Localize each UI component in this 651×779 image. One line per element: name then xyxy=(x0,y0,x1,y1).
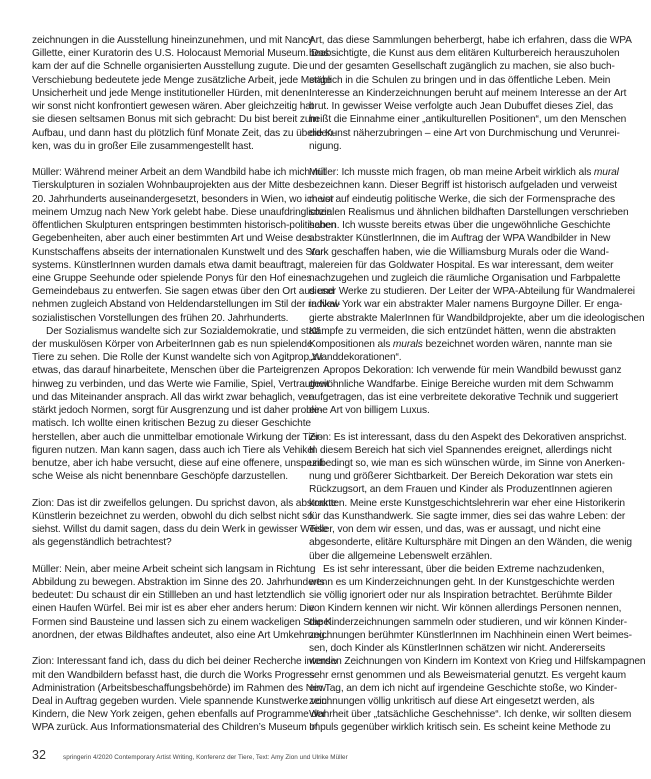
text-line: Formen sind Bausteine und lassen sich zu… xyxy=(32,616,310,629)
text-line: meinem Umzug nach New York gelebt habe. … xyxy=(32,206,310,219)
text-line: nung und größerer Sichtbarkeit. Der Bere… xyxy=(309,470,589,483)
text-line: Künstlerin bezeichnet zu werden, obwohl … xyxy=(32,510,310,523)
text-line: beabsichtigte, die Kunst aus dem elitäre… xyxy=(309,47,589,60)
text-line: nigung. xyxy=(309,140,589,153)
text-line: gewöhnliche Wandfarbe. Einige Bereiche w… xyxy=(309,378,589,391)
text-line: in New York war ein abstrakter Maler nam… xyxy=(309,298,589,311)
text-line: mit den Wandbildern befasst hast, die du… xyxy=(32,669,310,682)
text-line: einen Haufen Würfel. Bei mir ist es aber… xyxy=(32,602,310,615)
paragraph: Müller: Nein, aber meine Arbeit scheint … xyxy=(32,563,310,642)
text-line: Tiere zu sehen. Die Rolle der Kunst wand… xyxy=(32,351,310,364)
text-line: etwas, das darauf hinarbeitete, Menschen… xyxy=(32,364,310,377)
left-column: zeichnungen in die Ausstellung hineinzun… xyxy=(32,34,310,735)
text-line: hinweg zu verbinden, und das Werte wie F… xyxy=(32,378,310,391)
text-line: Es ist sehr interessant, über die beiden… xyxy=(309,563,589,576)
text-line: Müller: Ich musste mich fragen, ob man m… xyxy=(309,166,589,179)
text-line: Wahrheit über „tatsächliche Geschehnisse… xyxy=(309,708,589,721)
text-line: Art, das diese Sammlungen beherbergt, ha… xyxy=(309,34,589,47)
text-line: unbedingt so, wie man es sich wünschen w… xyxy=(309,457,589,470)
paragraph-gap xyxy=(32,483,310,496)
text-line: nachzugehen und zugleich die räumliche O… xyxy=(309,272,589,285)
paragraph-gap xyxy=(32,550,310,563)
text-line: und der gesamten Gesellschaft zugänglich… xyxy=(309,60,589,73)
text-line: zeichnungen berühmter KünstlerInnen im N… xyxy=(309,629,589,642)
text-line: sche Weise als nicht benennbare Geschöpf… xyxy=(32,470,310,483)
text-line: malereien für das Goldwater Hospital. Es… xyxy=(309,259,589,272)
paragraph: Zion: Es ist interessant, dass du den As… xyxy=(309,431,589,563)
text-line: eine Gruppe Seehunde oder spielende Pony… xyxy=(32,272,310,285)
text-line: Der Sozialismus wandelte sich zur Sozial… xyxy=(32,325,310,338)
text-line: der muskulösen Körper von ArbeiterInnen … xyxy=(32,338,310,351)
text-line: Interesse an Kinderzeichnungen beruht au… xyxy=(309,87,589,100)
text-line: Kindern, die New York zeigen, gehen eben… xyxy=(32,708,310,721)
paragraph-gap xyxy=(32,153,310,166)
text-line: ken, was du in großer Eile zusammengeste… xyxy=(32,140,310,153)
text-line: systems. KünstlerInnen wurden damals etw… xyxy=(32,259,310,272)
text-line: als gegenständlich betrachtest? xyxy=(32,536,310,549)
text-line: Verschiebung bedeutete jede Menge zusätz… xyxy=(32,74,310,87)
text-line: Abbildung zu bewegen. Abstraktion im Sin… xyxy=(32,576,310,589)
text-line: sie völlig ignoriert oder nur als Inspir… xyxy=(309,589,589,602)
text-line: Gemeindebaus zu entwerfen. Sie sagen etw… xyxy=(32,285,310,298)
text-line: abstrakter KünstlerInnen, die im Auftrag… xyxy=(309,232,589,245)
text-line: und das Miteinander ansprach. All das wi… xyxy=(32,391,310,404)
text-line: die Kunst näherzubringen – eine Art von … xyxy=(309,127,589,140)
text-line: die Kinderzeichnungen sammeln oder studi… xyxy=(309,616,589,629)
paragraph-gap xyxy=(32,642,310,655)
text-line: Aufbau, und dann hast du plötzlich fünf … xyxy=(32,127,310,140)
text-line: sehr ernst genommen und als Beweismateri… xyxy=(309,669,589,682)
text-line: öffentlichen Skulpturen entspringen best… xyxy=(32,219,310,232)
text-line: werden Zeichnungen von Kindern im Kontex… xyxy=(309,655,589,668)
text-line: Müller: Während meiner Arbeit an dem Wan… xyxy=(32,166,310,179)
text-line: zeichnungen völlig unkritisch auf diese … xyxy=(309,695,589,708)
text-line: WPA zurück. Aus Informationsmaterial des… xyxy=(32,721,310,734)
text-line: Deal in Auftrag gegeben wurden. Viele sp… xyxy=(32,695,310,708)
paragraph: Apropos Dekoration: Ich verwende für mei… xyxy=(309,364,589,417)
text-line: Tierskulpturen in sozialen Wohnbauprojek… xyxy=(32,179,310,192)
text-line: dieser Werke zu studieren. Der Leiter de… xyxy=(309,285,589,298)
text-line: konnten. Meine erste Kunstgeschichtslehr… xyxy=(309,497,589,510)
text-line: Impuls gegenüber wirklich kritisch sein.… xyxy=(309,721,589,734)
text-line: „Wanddekorationen“. xyxy=(309,351,589,364)
text-line: sie diesen seltsamen Bonus mit sich gebr… xyxy=(32,113,310,126)
text-line: eine Art von billigem Luxus. xyxy=(309,404,589,417)
paragraph: Der Sozialismus wandelte sich zur Sozial… xyxy=(32,325,310,484)
text-line: Kunstschaffens abseits der international… xyxy=(32,246,310,259)
text-line: matisch. Ich wollte einen kritischen Bez… xyxy=(32,417,310,430)
text-line: 20. Jahrhunderts auseinandergesetzt, bes… xyxy=(32,193,310,206)
page-footer: 32 springerin 4/2020 Contemporary Artist… xyxy=(32,748,348,764)
paragraph: Müller: Während meiner Arbeit an dem Wan… xyxy=(32,166,310,325)
text-line: kam der auf die Schnelle organisierten A… xyxy=(32,60,310,73)
text-line: sozialen Realismus und ähnlichen bildhaf… xyxy=(309,206,589,219)
text-line: aufgetragen, das ist eine verbreitete de… xyxy=(309,391,589,404)
text-line: herstellen, aber auch die unmittelbar em… xyxy=(32,431,310,444)
text-line: nehmen zugleich Abstand von Heldendarste… xyxy=(32,298,310,311)
text-line: abgesonderte, elitäre Kultursphäre mit D… xyxy=(309,536,589,549)
paragraph: Zion: Das ist dir zweifellos gelungen. D… xyxy=(32,497,310,550)
text-line: Gillette, einer Kuratorin des U.S. Holoc… xyxy=(32,47,310,60)
text-line: Gegebenheiten, aber auch einer bestimmte… xyxy=(32,232,310,245)
text-line: Zion: Es ist interessant, dass du den As… xyxy=(309,431,589,444)
text-line: stärkt jedoch Normen, sorgt für Ausgrenz… xyxy=(32,404,310,417)
text-line: heißt die Einnahme einer „antikulturelle… xyxy=(309,113,589,126)
text-line: siehst. Willst du damit sagen, dass du d… xyxy=(32,523,310,536)
text-line: Unsicherheit und jede Menge institutione… xyxy=(32,87,310,100)
text-line: Apropos Dekoration: Ich verwende für mei… xyxy=(309,364,589,377)
text-line: meist auf eindeutig politische Werke, di… xyxy=(309,193,589,206)
text-line: sen, doch Kinder als KünstlerInnen schät… xyxy=(309,642,589,655)
text-line: wir sonst nicht konfrontiert gewesen wär… xyxy=(32,100,310,113)
text-line: York geschaffen haben, wie die Williamsb… xyxy=(309,246,589,259)
text-line: anordnen, der etwas Bildhaftes andeutet,… xyxy=(32,629,310,642)
page-number: 32 xyxy=(32,748,63,762)
text-line: zeichnungen in die Ausstellung hineinzun… xyxy=(32,34,310,47)
text-line: Müller: Nein, aber meine Arbeit scheint … xyxy=(32,563,310,576)
text-line: brut. In gewisser Weise verfolgte auch J… xyxy=(309,100,589,113)
paragraph: Es ist sehr interessant, über die beiden… xyxy=(309,563,589,735)
text-line: Rückzugsort, an dem Frauen und Kinder al… xyxy=(309,483,589,496)
text-line: Zion: Interessant fand ich, dass du dich… xyxy=(32,655,310,668)
paragraph-gap xyxy=(309,417,589,430)
paragraph: Müller: Ich musste mich fragen, ob man m… xyxy=(309,166,589,364)
paragraph: zeichnungen in die Ausstellung hineinzun… xyxy=(32,34,310,153)
text-line: figuren nutzen. Man kann sagen, dass auc… xyxy=(32,444,310,457)
text-line: von Kindern kennen wir nicht. Wir können… xyxy=(309,602,589,615)
text-line: Kompositionen als murals bezeichnet word… xyxy=(309,338,589,351)
text-line: haben. Ich wusste bereits etwas über die… xyxy=(309,219,589,232)
text-line: bezeichnen kann. Dieser Begriff ist hist… xyxy=(309,179,589,192)
text-line: wenn es um Kinderzeichnungen geht. In de… xyxy=(309,576,589,589)
right-column: Art, das diese Sammlungen beherbergt, ha… xyxy=(309,34,589,735)
text-line: Zion: Das ist dir zweifellos gelungen. D… xyxy=(32,497,310,510)
running-footer-text: springerin 4/2020 Contemporary Artist Wr… xyxy=(63,754,348,761)
text-line: Administration (Arbeitsbeschaffungsbehör… xyxy=(32,682,310,695)
text-line: bedeutet: Du schaust dir ein Stillleben … xyxy=(32,589,310,602)
paragraph-gap xyxy=(309,153,589,166)
text-line: benutze, aber ich habe versucht, diese a… xyxy=(32,457,310,470)
paragraph: Art, das diese Sammlungen beherbergt, ha… xyxy=(309,34,589,153)
text-line: Teller, von dem wir essen, und das, was … xyxy=(309,523,589,536)
text-line: In diesem Bereich hat sich viel Spannend… xyxy=(309,444,589,457)
paragraph: Zion: Interessant fand ich, dass du dich… xyxy=(32,655,310,734)
text-line: sozialistischen Vorstellungen des frühen… xyxy=(32,312,310,325)
text-line: stäblich in die Schulen zu bringen und i… xyxy=(309,74,589,87)
text-line: ein Tag, an dem ich nicht auf irgendeine… xyxy=(309,682,589,695)
text-line: Kämpfe zu vermeiden, die sich entzündet … xyxy=(309,325,589,338)
text-line: über die allgemeine Lebenswelt erzählen. xyxy=(309,550,589,563)
text-line: gierte abstrakte MalerInnen für Wandbild… xyxy=(309,312,589,325)
text-line: für das Kunsthandwerk. Sie sagte immer, … xyxy=(309,510,589,523)
